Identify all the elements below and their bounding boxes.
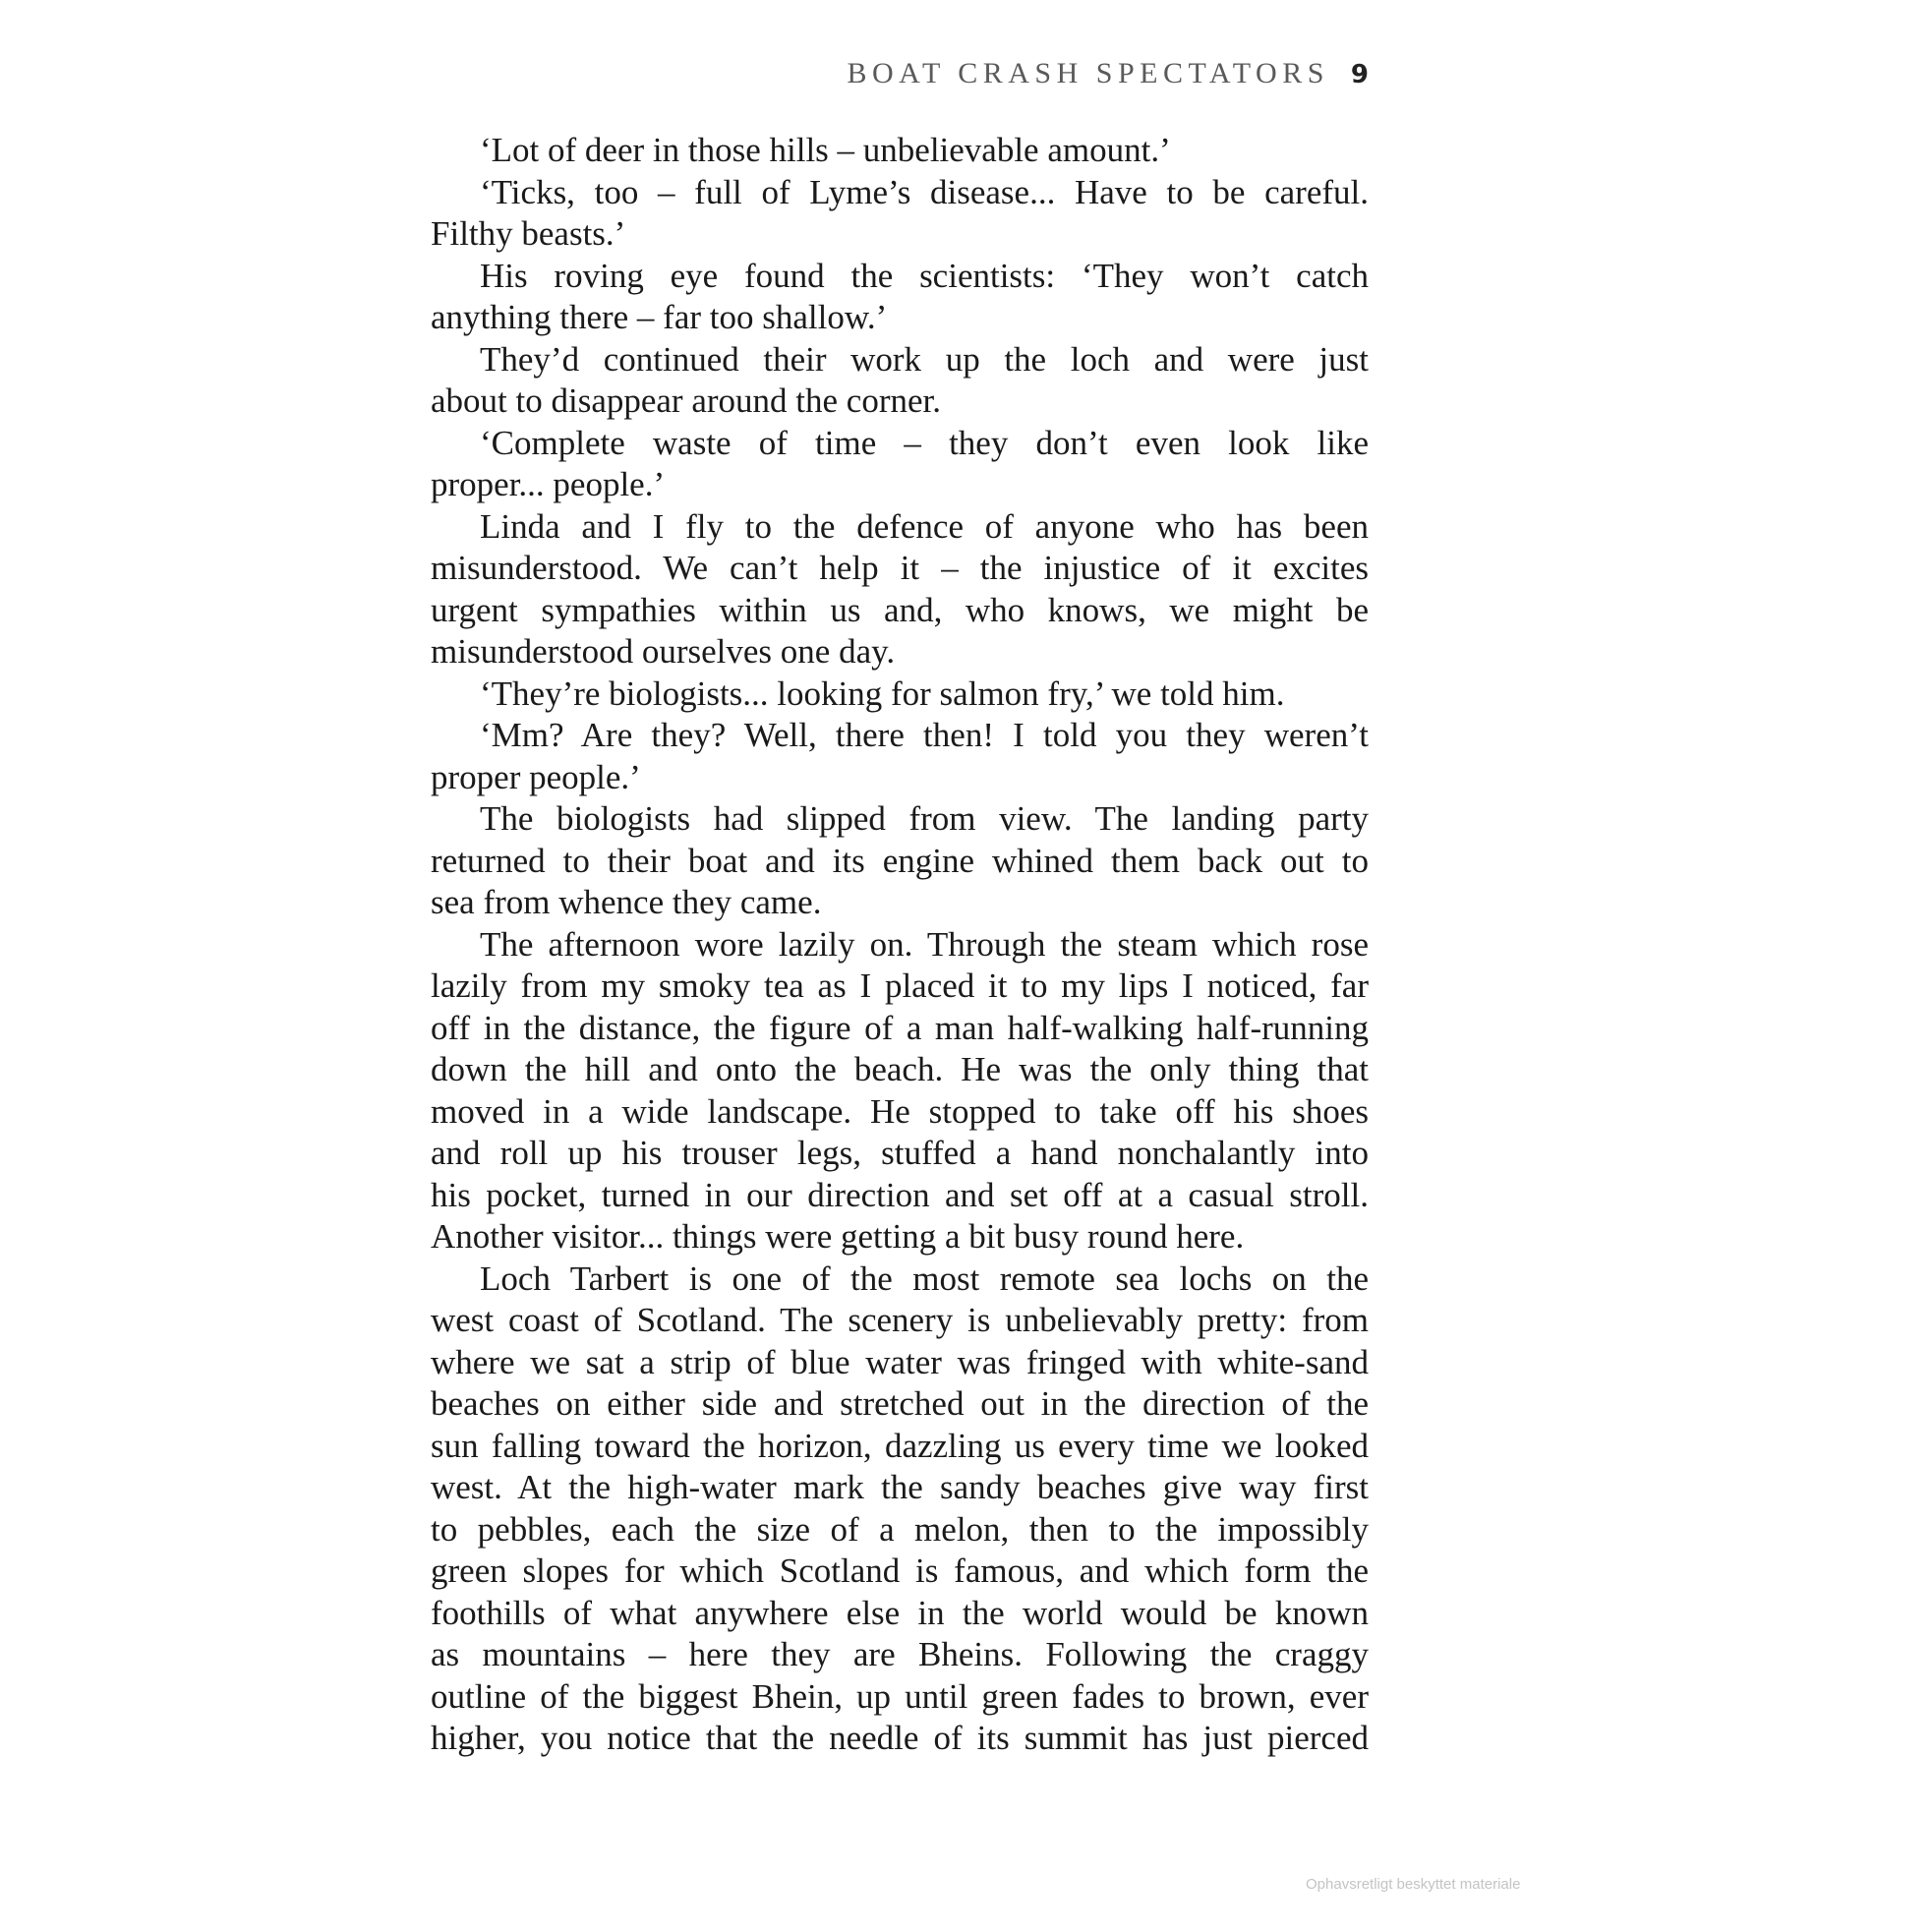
text-line: down the hill and onto the beach. He was… bbox=[431, 1049, 1369, 1091]
text-line: anything there – far too shallow.’ bbox=[431, 297, 1369, 339]
text-line: about to disappear around the corner. bbox=[431, 381, 1369, 423]
text-line: foothills of what anywhere else in the w… bbox=[431, 1593, 1369, 1635]
text-line: Another visitor... things were getting a… bbox=[431, 1216, 1369, 1259]
text-line: His roving eye found the scientists: ‘Th… bbox=[431, 256, 1369, 298]
running-title: BOAT CRASH SPECTATORS bbox=[847, 57, 1328, 89]
text-line: They’d continued their work up the loch … bbox=[431, 339, 1369, 381]
text-line: returned to their boat and its engine wh… bbox=[431, 841, 1369, 883]
running-header: BOAT CRASH SPECTATORS9 bbox=[0, 57, 1369, 90]
text-line: misunderstood ourselves one day. bbox=[431, 631, 1369, 673]
text-line: where we sat a strip of blue water was f… bbox=[431, 1342, 1369, 1384]
text-line: urgent sympathies within us and, who kno… bbox=[431, 590, 1369, 632]
text-line: ‘Ticks, too – full of Lyme’s disease... … bbox=[431, 172, 1369, 214]
text-line: his pocket, turned in our direction and … bbox=[431, 1175, 1369, 1217]
text-line: ‘Complete waste of time – they don’t eve… bbox=[431, 423, 1369, 465]
text-line: proper people.’ bbox=[431, 757, 1369, 799]
text-line: off in the distance, the figure of a man… bbox=[431, 1008, 1369, 1050]
text-line: west. At the high-water mark the sandy b… bbox=[431, 1467, 1369, 1509]
text-line: as mountains – here they are Bheins. Fol… bbox=[431, 1634, 1369, 1676]
text-line: ‘They’re biologists... looking for salmo… bbox=[431, 673, 1369, 716]
text-line: Filthy beasts.’ bbox=[431, 213, 1369, 256]
text-line: beaches on either side and stretched out… bbox=[431, 1383, 1369, 1426]
text-line: ‘Lot of deer in those hills – unbelievab… bbox=[431, 130, 1369, 172]
text-line: higher, you notice that the needle of it… bbox=[431, 1718, 1369, 1760]
text-line: outline of the biggest Bhein, up until g… bbox=[431, 1676, 1369, 1719]
text-line: The biologists had slipped from view. Th… bbox=[431, 798, 1369, 841]
text-line: misunderstood. We can’t help it – the in… bbox=[431, 548, 1369, 590]
text-line: Loch Tarbert is one of the most remote s… bbox=[431, 1259, 1369, 1301]
text-line: ‘Mm? Are they? Well, there then! I told … bbox=[431, 715, 1369, 757]
text-line: lazily from my smoky tea as I placed it … bbox=[431, 966, 1369, 1008]
body-text: ‘Lot of deer in those hills – unbelievab… bbox=[431, 130, 1369, 1760]
text-line: proper... people.’ bbox=[431, 464, 1369, 506]
text-line: The afternoon wore lazily on. Through th… bbox=[431, 924, 1369, 966]
text-line: Linda and I fly to the defence of anyone… bbox=[431, 506, 1369, 549]
text-line: moved in a wide landscape. He stopped to… bbox=[431, 1091, 1369, 1134]
page-number: 9 bbox=[1351, 60, 1369, 89]
text-line: west coast of Scotland. The scenery is u… bbox=[431, 1300, 1369, 1342]
text-line: sun falling toward the horizon, dazzling… bbox=[431, 1426, 1369, 1468]
text-line: and roll up his trouser legs, stuffed a … bbox=[431, 1133, 1369, 1175]
text-line: sea from whence they came. bbox=[431, 882, 1369, 924]
text-line: green slopes for which Scotland is famou… bbox=[431, 1551, 1369, 1593]
copyright-watermark: Ophavsretligt beskyttet materiale bbox=[1306, 1876, 1520, 1893]
text-line: to pebbles, each the size of a melon, th… bbox=[431, 1509, 1369, 1551]
